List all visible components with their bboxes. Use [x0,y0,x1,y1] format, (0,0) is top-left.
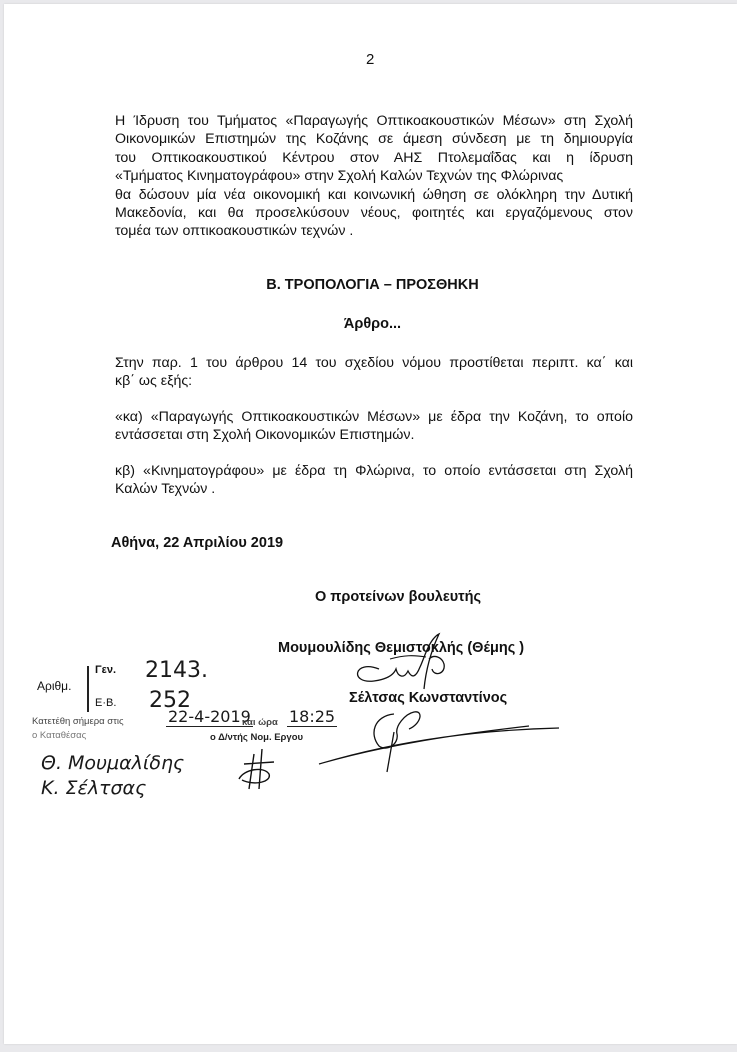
intro-paragraph: Η Ίδρυση του Τμήματος «Παραγωγής Οπτικοα… [115,112,633,241]
stamp-eid-label: Ε·Β. [95,697,116,709]
handwritten-name: Θ. Μουμαλίδης [41,752,184,774]
amendment-intro: Στην παρ. 1 του άρθρου 14 του σχεδίου νό… [115,354,633,391]
stamp-time-label: και ώρα [242,717,278,728]
item-kb-line: Καλών Τεχνών . [115,480,633,498]
amendment-item-kb: κβ) «Κινηματογράφου» με έδρα τη Φλώρινα,… [115,462,633,499]
amendment-line: κβ΄ ως εξής: [115,372,633,390]
signature-mark [334,629,494,699]
stamp-deposited-date: 22-4-2019 [166,707,253,727]
intro-line: «Τμήματος Κινηματογράφου» στην Σχολή Καλ… [115,167,633,185]
stamp-initials-mark [234,744,284,794]
stamp-deposited-text: Κατετέθη σήμερα στις [32,716,124,727]
item-kb-line: κβ) «Κινηματογράφου» με έδρα τη Φλώρινα,… [115,462,633,480]
document-page: 2 Η Ίδρυση του Τμήματος «Παραγωγής Οπτικ… [4,4,737,1044]
signature-mark [309,704,569,774]
stamp-divider [87,666,89,712]
section-heading: Β. ΤΡΟΠΟΛΟΓΙΑ – ΠΡΟΣΘΗΚΗ [4,277,737,293]
intro-line: Η Ίδρυση του Τμήματος «Παραγωγής Οπτικοα… [115,112,633,130]
article-heading: Άρθρο... [4,316,737,332]
amendment-line: Στην παρ. 1 του άρθρου 14 του σχεδίου νό… [115,354,633,372]
handwritten-name: Κ. Σέλτσας [41,777,146,799]
page-number: 2 [366,51,374,68]
stamp-director-label: ο Δ/ντής Νομ. Εργου [210,732,303,743]
stamp-gen-number: 2143. [145,658,208,683]
intro-line: Οικονομικών Επιστημών της Κοζάνης σε άμε… [115,130,633,148]
intro-line: τομέα των οπτικοακουστικών τεχνών . [115,222,633,240]
date-line: Αθήνα, 22 Απριλίου 2019 [111,535,283,551]
stamp-arithm-label: Αριθμ. [37,679,71,693]
intro-line: του Οπτικοακουστικού Κέντρου στον ΑΗΣ Πτ… [115,149,633,167]
stamp-time-value: 18:25 [287,707,337,727]
intro-line: Μακεδονία, και θα προσελκύσουν νέους, φο… [115,204,633,222]
stamp-submitter-label: ο Καταθέσας [32,730,86,741]
item-ka-line: «κα) «Παραγωγής Οπτικοακουστικών Μέσων» … [115,408,633,426]
intro-line: θα δώσουν μία νέα οικονομική και κοινωνι… [115,186,633,204]
stamp-gen-label: Γεν. [95,664,116,676]
proposer-label: Ο προτείνων βουλευτής [315,589,481,605]
item-ka-line: εντάσσεται στη Σχολή Οικονομικών Επιστημ… [115,426,633,444]
amendment-item-ka: «κα) «Παραγωγής Οπτικοακουστικών Μέσων» … [115,408,633,445]
